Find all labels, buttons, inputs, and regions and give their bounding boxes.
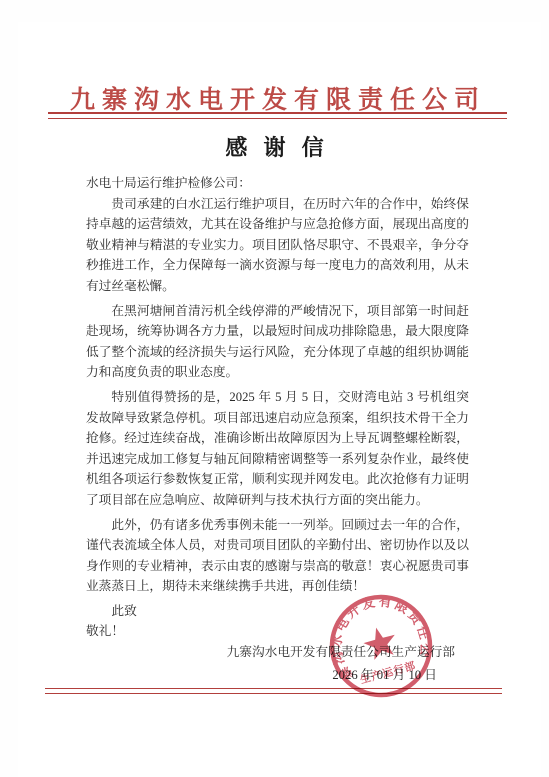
footer-rule — [45, 688, 502, 694]
company-header: 九寨沟水电开发有限责任公司 — [0, 80, 549, 116]
paragraph-2: 在黑河塘闸首清污机全线停滞的严峻情况下，项目部第一时间赶赴现场，统筹协调各方力量… — [86, 301, 469, 383]
paragraph-3: 特别值得赞扬的是，2025 年 5 月 5 日，交财湾电站 3 号机组突发故障导… — [86, 387, 469, 511]
paragraph-4: 此外，仍有诸多优秀事例未能一一列举。回顾过去一年的合作，谨代表流域全体人员，对贵… — [86, 515, 469, 597]
closing-cizhi: 此致 — [86, 601, 469, 622]
letter-page: 九寨沟水电开发有限责任公司 感 谢 信 水电十局运行维护检修公司： 贵司承建的白… — [0, 0, 549, 777]
closing-jingli: 敬礼！ — [86, 621, 469, 642]
paragraph-1: 贵司承建的白水江运行维护项目，在历时六年的合作中，始终保持卓越的运营绩效，尤其在… — [86, 194, 469, 297]
signature-date: 2026 年 01 月 10 日 — [86, 665, 469, 686]
salutation: 水电十局运行维护检修公司： — [86, 173, 469, 194]
signature-department: 九寨沟水电开发有限责任公司生产运行部 — [86, 642, 469, 663]
letter-body: 水电十局运行维护检修公司： 贵司承建的白水江运行维护项目，在历时六年的合作中，始… — [86, 173, 469, 685]
header-rule — [48, 112, 507, 119]
letter-title: 感 谢 信 — [0, 131, 549, 162]
